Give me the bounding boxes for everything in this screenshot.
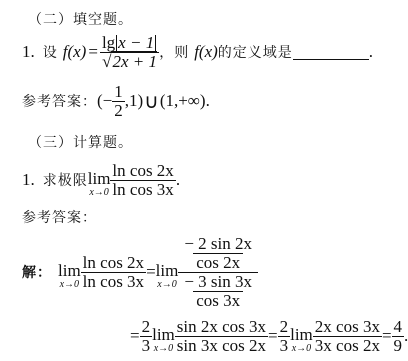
- denominator-top: − 3 sin 3x: [181, 273, 255, 291]
- lim-text: lim: [58, 262, 81, 279]
- lim-subscript: x→0: [157, 280, 176, 290]
- numerator: sin 2x cos 3x: [175, 318, 268, 336]
- coef-numerator: 2: [140, 318, 153, 336]
- limit-operator-2: lim x→0: [290, 326, 313, 354]
- section2-heading: （二）填空题。: [28, 9, 133, 29]
- coef-numerator: 2: [278, 318, 291, 336]
- answer-blank[interactable]: [293, 45, 369, 60]
- union-symbol: ∪: [144, 89, 159, 114]
- lim-subscript: x→0: [89, 188, 108, 198]
- function-name-2: f(x): [194, 42, 218, 62]
- interval-1-end: ,1): [125, 91, 143, 111]
- fraction-numerator: lgx − 1: [100, 34, 159, 52]
- sin-cos-fraction: sin 2x cos 3x sin 3x cos 2x: [175, 318, 268, 355]
- fill-question-1: 1. 设 f(x) = lgx − 1 √2x + 1 ，则 f(x) 的定义域…: [22, 34, 373, 71]
- equals-sign: =: [268, 326, 278, 346]
- period: .: [369, 42, 373, 62]
- lg-text: lg: [102, 33, 115, 52]
- result-denominator: 9: [392, 336, 405, 355]
- fill-answer: 参考答案： (− 1 2 ,1) ∪ (1,+∞) .: [22, 83, 210, 120]
- equals-sign: =: [88, 42, 98, 62]
- solution-line-2: = 2 3 lim x→0 sin 2x cos 3x sin 3x cos 2…: [130, 318, 408, 355]
- denominator: sin 3x cos 2x: [175, 336, 268, 355]
- sqrt-content: 2x + 1: [111, 51, 157, 71]
- numerator-fraction: − 2 sin 2x cos 2x: [181, 235, 255, 272]
- lim-text: lim: [156, 262, 179, 279]
- lim-text: lim: [290, 326, 313, 343]
- limit-operator: lim x→0: [88, 170, 111, 198]
- function-fraction: lgx − 1 √2x + 1: [100, 34, 159, 71]
- period: .: [206, 91, 210, 111]
- equals-sign: =: [382, 326, 392, 346]
- lim-subscript: x→0: [60, 280, 79, 290]
- denominator: ln cos 3x: [81, 272, 146, 291]
- abs-content: x − 1: [118, 33, 154, 52]
- question-prefix: 求极限: [43, 170, 88, 190]
- question-number: 1.: [22, 170, 35, 190]
- period: .: [176, 170, 180, 190]
- period: .: [404, 326, 408, 346]
- interval-open: (−: [97, 91, 112, 111]
- connector-text: ，则: [159, 42, 189, 62]
- derivative-ratio-fraction: − 2 sin 2x cos 2x − 3 sin 3x cos 3x: [178, 235, 258, 309]
- equivalent-fraction: 2x cos 3x 3x cos 2x: [313, 318, 382, 355]
- big-denominator: − 3 sin 3x cos 3x: [178, 272, 258, 310]
- denominator: 3x cos 2x: [313, 336, 382, 355]
- limit-operator: lim x→0: [152, 326, 175, 354]
- limit-fraction: ln cos 2x ln cos 3x: [110, 162, 175, 199]
- question-number: 1.: [22, 42, 35, 62]
- lim-subscript: x→0: [292, 344, 311, 354]
- function-name: f(x): [63, 42, 87, 62]
- lim-text: lim: [152, 326, 175, 343]
- solution-line-1: 解： lim x→0 ln cos 2x ln cos 3x = lim x→0…: [22, 235, 258, 309]
- half-numerator: 1: [112, 83, 125, 101]
- limit-numerator: ln cos 2x: [110, 162, 175, 180]
- equals-sign: =: [146, 262, 156, 282]
- limit-question-1: 1. 求极限 lim x→0 ln cos 2x ln cos 3x .: [22, 162, 180, 199]
- abs-bar-right: [155, 35, 156, 51]
- solution-label: 解：: [22, 262, 52, 282]
- limit-operator-2: lim x→0: [156, 262, 179, 290]
- result-numerator: 4: [392, 318, 405, 336]
- lim-text: lim: [88, 170, 111, 187]
- half-fraction: 1 2: [112, 83, 125, 120]
- denominator-fraction: − 3 sin 3x cos 3x: [181, 273, 255, 310]
- equals-sign: =: [130, 326, 140, 346]
- log-ratio-fraction: ln cos 2x ln cos 3x: [81, 254, 146, 291]
- denominator-bottom: cos 3x: [193, 291, 243, 310]
- numerator-top: − 2 sin 2x: [181, 235, 255, 253]
- numerator: 2x cos 3x: [313, 318, 382, 336]
- question-suffix: 的定义域是: [218, 42, 293, 62]
- big-numerator: − 2 sin 2x cos 2x: [178, 235, 258, 272]
- result-fraction: 4 9: [392, 318, 405, 355]
- coefficient-fraction: 2 3: [140, 318, 153, 355]
- coefficient-fraction-2: 2 3: [278, 318, 291, 355]
- limit-operator: lim x→0: [58, 262, 81, 290]
- answer-label-2: 参考答案：: [22, 207, 97, 227]
- lim-subscript: x→0: [154, 344, 173, 354]
- coef-denominator: 3: [140, 336, 153, 355]
- limit-denominator: ln cos 3x: [110, 180, 175, 199]
- coef-denominator: 3: [278, 336, 291, 355]
- half-denominator: 2: [112, 101, 125, 120]
- numerator: ln cos 2x: [81, 254, 146, 272]
- question-prefix: 设: [43, 42, 58, 62]
- fraction-denominator: √2x + 1: [100, 52, 159, 71]
- answer-label: 参考答案：: [22, 91, 97, 111]
- numerator-bottom: cos 2x: [193, 253, 243, 272]
- interval-2: (1,+∞): [160, 91, 206, 111]
- section3-heading: （三）计算题。: [28, 132, 133, 152]
